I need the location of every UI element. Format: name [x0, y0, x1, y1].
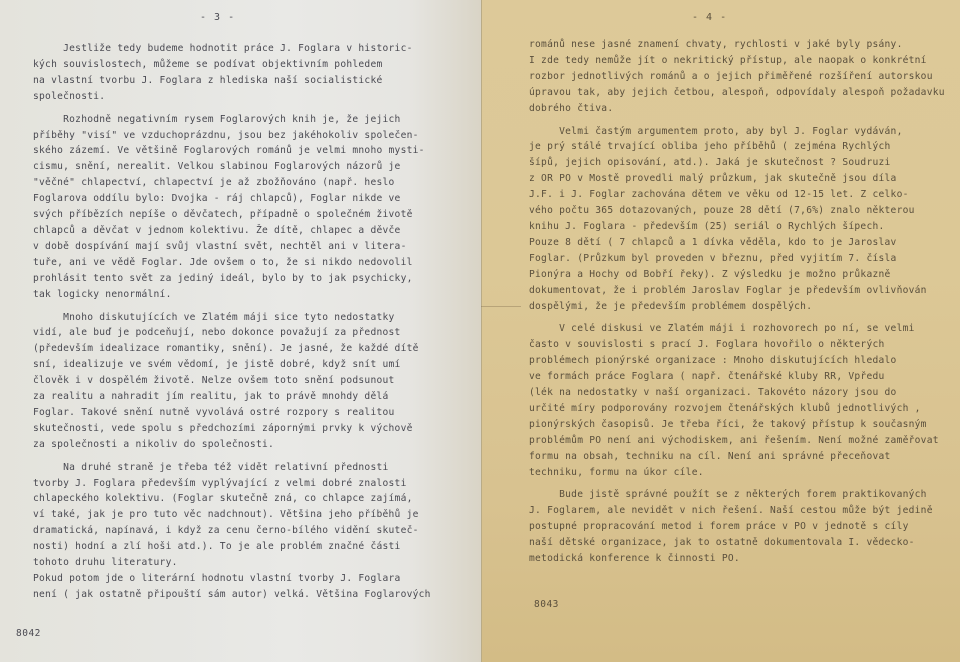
text-line: Foglar. Takové snění nutně vyvolává ostr… [33, 405, 431, 421]
paragraph-gap [529, 480, 945, 487]
text-line: Pionýra a Hochy od Bobří řeky). Z výsled… [529, 267, 945, 283]
text-line: z OR PO v Mostě provedli malý průzkum, j… [529, 171, 945, 187]
text-line: Velmi častým argumentem proto, aby byl J… [529, 124, 945, 140]
text-line: na vlastní tvorbu J. Foglara z hlediska … [33, 73, 431, 89]
document-page-4: - 4 - románů nese jasné znamení chvaty, … [481, 0, 960, 662]
text-line: je prý stálé trvající obliba jeho příběh… [529, 139, 945, 155]
text-line: v době dospívání mají svůj vlastní svět,… [33, 239, 431, 255]
page-number: - 3 - [200, 12, 235, 23]
text-line: problémech pionýrské organizace : Mnoho … [529, 353, 945, 369]
text-line: tuře, ani ve vědě Foglar. Jde ovšem o to… [33, 255, 431, 271]
text-line: svých příbězích nepíše o děvčatech, příp… [33, 207, 431, 223]
text-line: J.F. i J. Foglar zachována dětem ve věku… [529, 187, 945, 203]
text-line: J. Foglarem, ale nevidět v nich řešení. … [529, 503, 945, 519]
text-line: (především idealizace romantiky, snění).… [33, 341, 431, 357]
page-number: - 4 - [692, 12, 727, 23]
text-line: příběhy "visí" ve vzduchoprázdnu, jsou b… [33, 128, 431, 144]
text-line: Foglarova oddílu bylo: Dvojka - ráj chla… [33, 191, 431, 207]
text-line: vého počtu 365 dotazovaných, pouze 28 dě… [529, 203, 945, 219]
paragraph-gap [529, 314, 945, 321]
text-line: problémům PO není ani východiskem, ani ř… [529, 433, 945, 449]
text-line: prohlásit tento svět za jediný ideál, by… [33, 271, 431, 287]
text-line: Pokud potom jde o literární hodnotu vlas… [33, 571, 431, 587]
text-line: naší dětské organizace, jak to ostatně d… [529, 535, 945, 551]
page-body-text: Jestliže tedy budeme hodnotit práce J. F… [33, 41, 431, 603]
text-line: postupné propracování metod i forem prác… [529, 519, 945, 535]
text-line: rozbor jednotlivých románů a o jejich př… [529, 69, 945, 85]
text-line: za realitu a nahradit jím realitu, jak t… [33, 389, 431, 405]
text-line: "věčné" chlapectví, chlapectví je až zbo… [33, 175, 431, 191]
text-line: ví také, jak je pro tuto věc nadchnout).… [33, 507, 431, 523]
text-line: Foglar. (Průzkum byl proveden v březnu, … [529, 251, 945, 267]
paper-crease [481, 306, 521, 307]
text-line: šípů, jejich opisování, atd.). Jaká je s… [529, 155, 945, 171]
paragraph-gap [529, 117, 945, 124]
text-line: skutečnosti, vede spolu s předchozími zá… [33, 421, 431, 437]
text-line: dospělými, že je především problémem dos… [529, 299, 945, 315]
text-line: I zde tedy nemůže jít o nekritický příst… [529, 53, 945, 69]
text-line: metodická konference k činnosti PO. [529, 551, 945, 567]
text-line: za společnosti a nikoliv do společnosti. [33, 437, 431, 453]
text-line: Jestliže tedy budeme hodnotit práce J. F… [33, 41, 431, 57]
text-line: chlapců a děvčat v jednom kolektivu. Že … [33, 223, 431, 239]
text-line: ve formách práce Foglara ( např. čtenářs… [529, 369, 945, 385]
text-line: určité míry podporovány rozvojem čtenářs… [529, 401, 945, 417]
text-line: Na druhé straně je třeba též vidět relat… [33, 460, 431, 476]
text-line: ského zázemí. Ve většině Foglarových rom… [33, 143, 431, 159]
paragraph-gap [33, 303, 431, 310]
text-line: (lék na nedostatky v naší organizaci. Ta… [529, 385, 945, 401]
text-line: cismu, snění, nerealit. Velkou slabinou … [33, 159, 431, 175]
text-line: Rozhodně negativním rysem Foglarových kn… [33, 112, 431, 128]
text-line: úpravou tak, aby jejich četbou, alespoň,… [529, 85, 945, 101]
text-line: tvorby J. Foglara především vyplývající … [33, 476, 431, 492]
text-line: nosti) hodní a zlí hoši atd.). To je ale… [33, 539, 431, 555]
page-body-text: románů nese jasné znamení chvaty, rychlo… [529, 37, 945, 567]
text-line: románů nese jasné znamení chvaty, rychlo… [529, 37, 945, 53]
paragraph-gap [33, 453, 431, 460]
page-fold-divider [481, 0, 482, 662]
text-line: knihu J. Foglara - především (25) seriál… [529, 219, 945, 235]
text-line: často v souvislosti s prací J. Foglara h… [529, 337, 945, 353]
text-line: chlapeckého kolektivu. (Foglar skutečně … [33, 491, 431, 507]
text-line: Pouze 8 dětí ( 7 chlapců a 1 dívka věděl… [529, 235, 945, 251]
text-line: formu na obsah, techniku na cíl. Není an… [529, 449, 945, 465]
text-line: společnosti. [33, 89, 431, 105]
text-line: pionýrských časopisů. Je třeba říci, že … [529, 417, 945, 433]
text-line: dokumentovat, že i problém Jaroslav Fogl… [529, 283, 945, 299]
text-line: není ( jak ostatně připouští sám autor) … [33, 587, 431, 603]
paragraph-gap [33, 105, 431, 112]
text-line: tohoto druhu literatury. [33, 555, 431, 571]
text-line: Bude jistě správné použít se z některých… [529, 487, 945, 503]
text-line: dramatická, napínavá, i když za cenu čer… [33, 523, 431, 539]
document-page-3: - 3 - Jestliže tedy budeme hodnotit prác… [0, 0, 481, 662]
text-line: Mnoho diskutujících ve Zlatém máji sice … [33, 310, 431, 326]
text-line: dobrého čtiva. [529, 101, 945, 117]
text-line: tak logicky nenormální. [33, 287, 431, 303]
text-line: techniku, formu na úkor cíle. [529, 465, 945, 481]
page-footer-code: 8043 [534, 599, 559, 610]
text-line: sní, idealizuje ve svém vědomí, je jistě… [33, 357, 431, 373]
page-footer-code: 8042 [16, 628, 41, 639]
text-line: kých souvislostech, můžeme se podívat ob… [33, 57, 431, 73]
text-line: člověk i v dospělém životě. Nelze ovšem … [33, 373, 431, 389]
text-line: V celé diskusi ve Zlatém máji i rozhovor… [529, 321, 945, 337]
text-line: vidí, ale buď je podceňují, nebo dokonce… [33, 325, 431, 341]
